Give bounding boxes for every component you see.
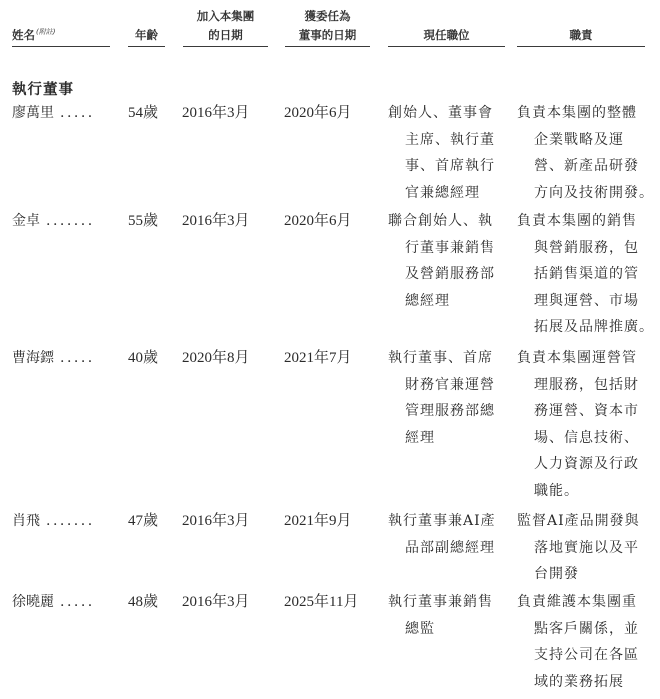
position-line: 執行董事、首席: [388, 345, 508, 372]
duty-line: 負責本集團的銷售: [517, 208, 652, 235]
position-line: 行董事兼銷售: [388, 235, 508, 262]
header-join-date: 加入本集團 的日期: [183, 7, 268, 47]
duty-line: 方向及技術開發。: [517, 180, 652, 207]
duty-line: 域的業務拓展: [517, 669, 652, 696]
header-age: 年齡: [128, 26, 165, 47]
director-duties: 負責本集團的整體 企業戰略及運 營、新產品研發 方向及技術開發。: [517, 100, 652, 206]
duty-line: 括銷售渠道的管: [517, 261, 652, 288]
position-line: 經理: [388, 425, 508, 452]
duty-line: 務運營、資本市: [517, 398, 652, 425]
duty-line: 場、信息技術、: [517, 425, 652, 452]
duty-line: 台開發: [517, 561, 652, 588]
director-age: 54歲: [128, 100, 168, 127]
director-duties: 監督AI產品開發與 落地實施以及平 台開發: [517, 508, 652, 588]
director-join-date: 2016年3月: [182, 589, 272, 616]
director-appointed-date: 2020年6月: [284, 100, 374, 127]
director-join-date: 2016年3月: [182, 208, 272, 235]
duty-line: 理與運營、市場: [517, 288, 652, 315]
position-line: 及營銷服務部: [388, 261, 508, 288]
name-text: 徐曉麗: [12, 594, 54, 610]
duty-line: 監督AI產品開發與: [517, 508, 652, 535]
position-line: 財務官兼運營: [388, 372, 508, 399]
director-appointed-date: 2021年9月: [284, 508, 374, 535]
name-text: 廖萬里: [12, 105, 54, 121]
director-join-date: 2020年8月: [182, 345, 272, 372]
duty-line: 負責本集團運營管: [517, 345, 652, 372]
duty-line: 企業戰略及運: [517, 127, 652, 154]
position-line: 官兼總經理: [388, 180, 508, 207]
director-position: 執行董事兼銷售 總監: [388, 589, 508, 642]
name-text: 曹海鏢: [12, 350, 54, 366]
position-line: 總監: [388, 616, 508, 643]
duty-line: 與營銷服務，包: [517, 235, 652, 262]
position-line: 總經理: [388, 288, 508, 315]
duty-line: 拓展及品牌推廣。: [517, 314, 652, 341]
header-appointed-date-line1: 獲委任為: [285, 7, 370, 26]
duty-line: 理服務，包括財: [517, 372, 652, 399]
header-appointed-date-line2: 董事的日期: [285, 26, 370, 45]
header-age-label: 年齡: [135, 28, 158, 42]
name-text: 金卓: [12, 213, 40, 229]
director-duties: 負責本集團運營管 理服務，包括財 務運營、資本市 場、信息技術、 人力資源及行政…: [517, 345, 652, 504]
director-position: 執行董事兼AI產 品部副總經理: [388, 508, 508, 561]
leader-dots: .......: [46, 213, 95, 229]
duty-line: 人力資源及行政: [517, 451, 652, 478]
header-name: 姓名(附註): [12, 23, 110, 47]
director-age: 47歲: [128, 508, 168, 535]
name-text: 肖飛: [12, 513, 40, 529]
director-age: 40歲: [128, 345, 168, 372]
director-name: 徐曉麗.....: [12, 589, 122, 616]
header-name-label: 姓名: [12, 28, 35, 42]
director-appointed-date: 2025年11月: [284, 589, 374, 616]
director-position: 創始人、董事會 主席、執行董 事、首席執行 官兼總經理: [388, 100, 508, 206]
position-line: 創始人、董事會: [388, 100, 508, 127]
duty-line: 職能。: [517, 478, 652, 505]
position-line: 事、首席執行: [388, 153, 508, 180]
position-line: 執行董事兼AI產: [388, 508, 508, 535]
director-duties: 負責維護本集團重 點客戶關係，並 支持公司在各區 域的業務拓展: [517, 589, 652, 695]
header-duties: 職責: [517, 26, 645, 47]
director-join-date: 2016年3月: [182, 508, 272, 535]
director-age: 55歲: [128, 208, 168, 235]
duty-line: 負責維護本集團重: [517, 589, 652, 616]
director-duties: 負責本集團的銷售 與營銷服務，包 括銷售渠道的管 理與運營、市場 拓展及品牌推廣…: [517, 208, 652, 341]
director-join-date: 2016年3月: [182, 100, 272, 127]
header-join-date-line2: 的日期: [183, 26, 268, 45]
director-name: 曹海鏢.....: [12, 345, 122, 372]
header-position: 現任職位: [388, 26, 505, 47]
director-appointed-date: 2021年7月: [284, 345, 374, 372]
header-duties-label: 職責: [570, 28, 593, 42]
duty-line: 落地實施以及平: [517, 535, 652, 562]
position-line: 執行董事兼銷售: [388, 589, 508, 616]
director-name: 廖萬里.....: [12, 100, 122, 127]
table-header: 姓名(附註) 年齡 加入本集團 的日期 獲委任為 董事的日期 現任職位 職責: [0, 0, 660, 48]
director-name: 金卓.......: [12, 208, 122, 235]
director-position: 聯合創始人、執 行董事兼銷售 及營銷服務部 總經理: [388, 208, 508, 314]
director-name: 肖飛.......: [12, 508, 122, 535]
duty-line: 負責本集團的整體: [517, 100, 652, 127]
header-position-label: 現任職位: [424, 28, 470, 42]
leader-dots: .....: [60, 594, 95, 610]
duty-line: 點客戶關係，並: [517, 616, 652, 643]
duty-line: 營、新產品研發: [517, 153, 652, 180]
header-join-date-line1: 加入本集團: [183, 7, 268, 26]
leader-dots: .....: [60, 105, 95, 121]
duty-line: 支持公司在各區: [517, 642, 652, 669]
leader-dots: .......: [46, 513, 95, 529]
position-line: 管理服務部總: [388, 398, 508, 425]
position-line: 主席、執行董: [388, 127, 508, 154]
director-position: 執行董事、首席 財務官兼運營 管理服務部總 經理: [388, 345, 508, 451]
section-title-executive-directors: 執行董事: [12, 78, 74, 99]
director-appointed-date: 2020年6月: [284, 208, 374, 235]
header-appointed-date: 獲委任為 董事的日期: [285, 7, 370, 47]
header-name-note: (附註): [36, 28, 55, 36]
position-line: 聯合創始人、執: [388, 208, 508, 235]
director-age: 48歲: [128, 589, 168, 616]
position-line: 品部副總經理: [388, 535, 508, 562]
leader-dots: .....: [60, 350, 95, 366]
